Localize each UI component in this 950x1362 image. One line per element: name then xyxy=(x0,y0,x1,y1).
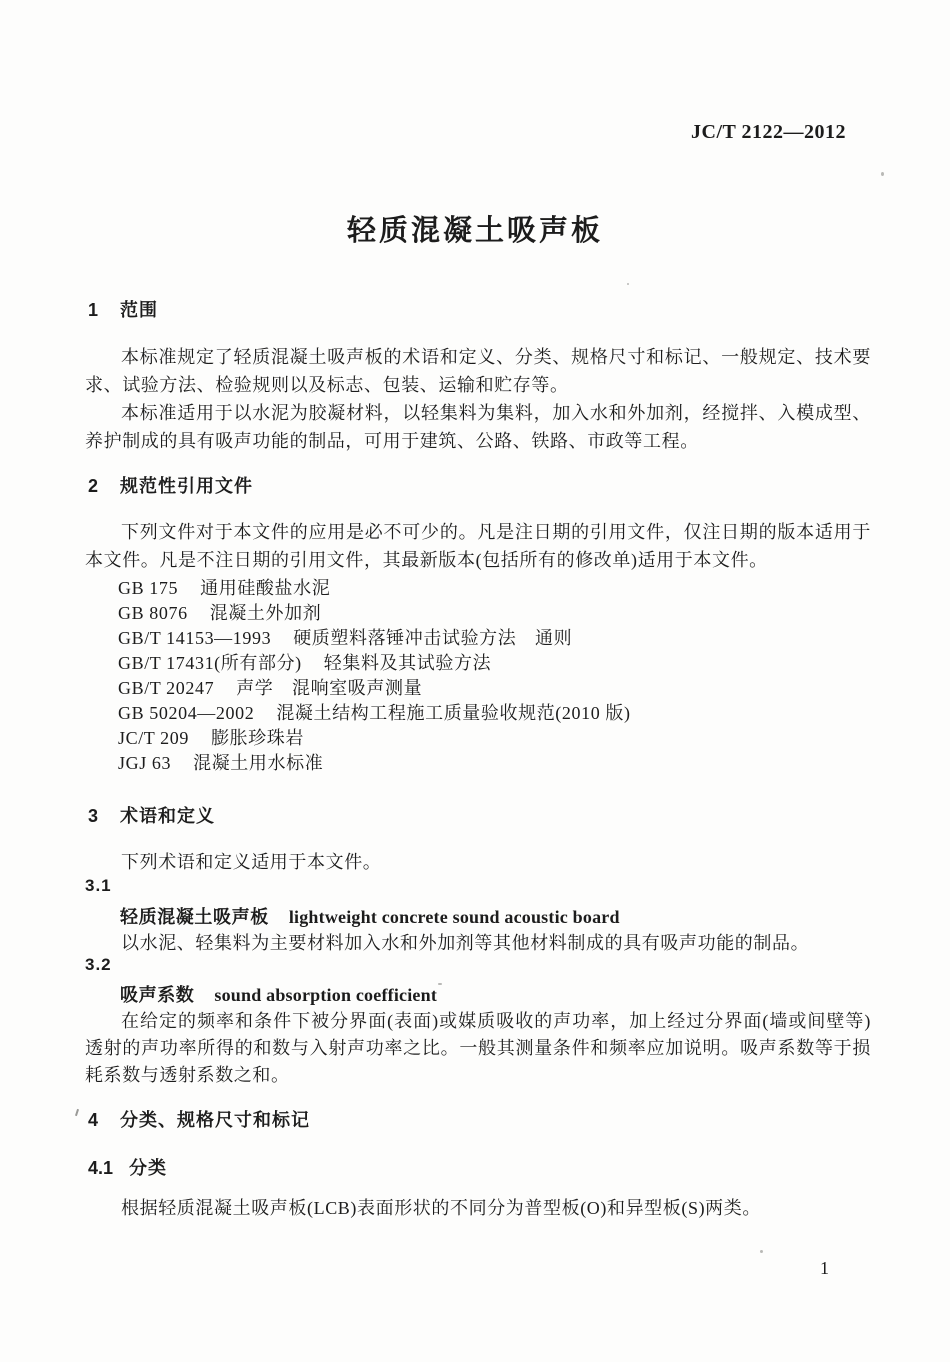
normative-references-list: GB 175通用硅酸盐水泥 GB 8076混凝土外加剂 GB/T 14153—1… xyxy=(118,576,858,776)
section-2-intro-paragraph: 下列文件对于本文件的应用是必不可少的。凡是注日期的引用文件，仅注日期的版本适用于… xyxy=(85,518,871,574)
term-2-english: sound absorption coefficient xyxy=(214,985,437,1005)
section-4-1-number: 4.1 xyxy=(88,1158,113,1179)
section-1-number: 1 xyxy=(88,300,98,321)
reference-item: GB 175通用硅酸盐水泥 xyxy=(118,576,858,601)
reference-code: JC/T 209 xyxy=(118,726,189,751)
term-2-chinese: 吸声系数 xyxy=(120,985,194,1005)
reference-title: 混凝土外加剂 xyxy=(210,603,322,623)
scan-speck xyxy=(627,283,629,285)
reference-item: JGJ 63混凝土用水标准 xyxy=(118,751,858,776)
term-1-entry: 轻质混凝土吸声板lightweight concrete sound acous… xyxy=(120,903,860,929)
scan-speck xyxy=(760,1250,763,1253)
section-4-1-title: 分类 xyxy=(129,1158,167,1178)
section-4-number: 4 xyxy=(88,1110,98,1131)
term-1-english: lightweight concrete sound acoustic boar… xyxy=(289,907,620,927)
section-3-intro: 下列术语和定义适用于本文件。 xyxy=(85,848,871,876)
reference-code: GB 50204—2002 xyxy=(118,701,254,726)
reference-title: 混凝土结构工程施工质量验收规范(2010 版) xyxy=(276,703,630,723)
section-3-number: 3 xyxy=(88,806,98,827)
reference-code: GB/T 20247 xyxy=(118,676,214,701)
reference-item: GB/T 17431(所有部分)轻集料及其试验方法 xyxy=(118,651,858,676)
term-2-entry: 吸声系数sound absorption coefficient xyxy=(120,981,860,1007)
reference-code: GB/T 17431(所有部分) xyxy=(118,651,302,676)
section-3-title: 术语和定义 xyxy=(120,806,215,826)
term-2-definition-block: 在给定的频率和条件下被分界面(表面)或媒质吸收的声功率，加上经过分界面(墙或间壁… xyxy=(85,1008,871,1089)
term-1-definition: 以水泥、轻集料为主要材料加入水和外加剂等其他材料制成的具有吸声功能的制品。 xyxy=(85,929,871,957)
term-1-clause-number: 3.1 xyxy=(85,876,112,896)
reference-code: GB 8076 xyxy=(118,601,188,626)
reference-title: 通用硅酸盐水泥 xyxy=(200,578,330,598)
section-2-number: 2 xyxy=(88,476,98,497)
section-1-paragraph-1: 本标准规定了轻质混凝土吸声板的术语和定义、分类、规格尺寸和标记、一般规定、技术要… xyxy=(85,343,871,399)
reference-title: 硬质塑料落锤冲击试验方法 通则 xyxy=(293,628,572,648)
reference-code: GB/T 14153—1993 xyxy=(118,626,271,651)
term-1-chinese: 轻质混凝土吸声板 xyxy=(120,907,269,927)
reference-item: GB 8076混凝土外加剂 xyxy=(118,601,858,626)
section-4-1-paragraph: 根据轻质混凝土吸声板(LCB)表面形状的不同分为普型板(O)和异型板(S)两类。 xyxy=(85,1194,871,1222)
section-4-1-heading: 4.1分类 xyxy=(88,1154,167,1180)
reference-title: 混凝土用水标准 xyxy=(193,753,323,773)
reference-item: GB 50204—2002混凝土结构工程施工质量验收规范(2010 版) xyxy=(118,701,858,726)
section-2-title: 规范性引用文件 xyxy=(120,476,253,496)
section-2-intro: 下列文件对于本文件的应用是必不可少的。凡是注日期的引用文件，仅注日期的版本适用于… xyxy=(85,518,871,574)
reference-title: 膨胀珍珠岩 xyxy=(211,728,304,748)
reference-item: GB/T 20247声学 混响室吸声测量 xyxy=(118,676,858,701)
section-3-heading: 3术语和定义 xyxy=(88,802,215,828)
term-2-definition: 在给定的频率和条件下被分界面(表面)或媒质吸收的声功率，加上经过分界面(墙或间壁… xyxy=(85,1008,871,1089)
document-title: 轻质混凝土吸声板 xyxy=(0,208,950,249)
reference-title: 声学 混响室吸声测量 xyxy=(236,678,422,698)
section-2-heading: 2规范性引用文件 xyxy=(88,472,253,498)
section-1-body: 本标准规定了轻质混凝土吸声板的术语和定义、分类、规格尺寸和标记、一般规定、技术要… xyxy=(85,343,871,455)
section-1-title: 范围 xyxy=(120,300,158,320)
reference-title: 轻集料及其试验方法 xyxy=(324,653,491,673)
section-4-heading: 4分类、规格尺寸和标记 xyxy=(88,1106,310,1132)
section-4-title: 分类、规格尺寸和标记 xyxy=(120,1110,310,1130)
section-1-paragraph-2: 本标准适用于以水泥为胶凝材料，以轻集料为集料，加入水和外加剂，经搅拌、入模成型、… xyxy=(85,399,871,455)
reference-item: GB/T 14153—1993硬质塑料落锤冲击试验方法 通则 xyxy=(118,626,858,651)
scan-speck xyxy=(75,1109,79,1116)
document-page: JC/T 2122—2012 轻质混凝土吸声板 1范围 本标准规定了轻质混凝土吸… xyxy=(0,0,950,1362)
scan-speck xyxy=(438,983,442,985)
page-number: 1 xyxy=(820,1258,829,1279)
term-2-clause-number: 3.2 xyxy=(85,955,112,975)
standard-number-header: JC/T 2122—2012 xyxy=(691,121,846,144)
scan-speck xyxy=(881,172,884,176)
reference-item: JC/T 209膨胀珍珠岩 xyxy=(118,726,858,751)
section-4-1-body: 根据轻质混凝土吸声板(LCB)表面形状的不同分为普型板(O)和异型板(S)两类。 xyxy=(85,1194,871,1222)
section-1-heading: 1范围 xyxy=(88,296,158,322)
reference-code: GB 175 xyxy=(118,576,178,601)
section-3-intro-paragraph: 下列术语和定义适用于本文件。 xyxy=(85,848,871,876)
reference-code: JGJ 63 xyxy=(118,751,171,776)
term-1-definition-block: 以水泥、轻集料为主要材料加入水和外加剂等其他材料制成的具有吸声功能的制品。 xyxy=(85,929,871,957)
